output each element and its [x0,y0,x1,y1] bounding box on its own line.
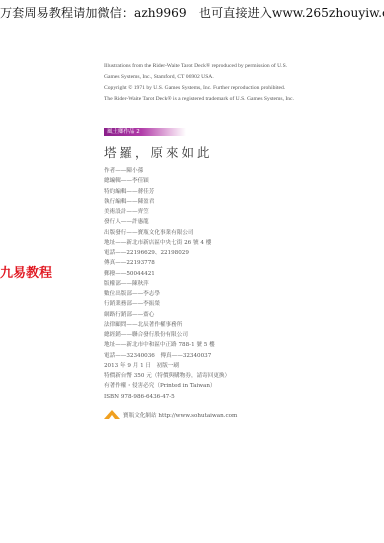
website-link[interactable]: 寶瓶文化網站 http://www.sohutaiwan.com [123,411,237,419]
series-label: 風土鄉作品 2 [107,128,140,136]
info-line: 特約編輯——蔣佳芳 [104,187,344,197]
info-line: 特價新台幣 350 元（特價與購物券，請寄回更換） [104,371,344,381]
publisher-logo-icon [104,410,120,419]
info-line: ISBN 978-986-6436-47-5 [104,392,344,402]
info-line: 傳真——22193778 [104,258,344,268]
info-line: 版權部——陳秋萍 [104,279,344,289]
info-line: 執行編輯——陳盈君 [104,197,344,207]
info-line: 網路行銷部——齋心 [104,310,344,320]
info-line: 數位出版部——李志學 [104,289,344,299]
info-line: 2013 年 9 月 1 日 初版一刷 [104,361,344,371]
series-banner: 風土鄉作品 2 [104,128,186,136]
info-line: 有著作權・侵害必究（Printed in Taiwan） [104,381,344,391]
info-line: 總編輯——李佳穎 [104,176,344,186]
info-line: 電話——22196629、22198029 [104,248,344,258]
credit-line: Illustrations from the Rider-Waite Tarot… [104,61,344,72]
credit-line: Copyright © 1971 by U.S. Games Systems, … [104,83,344,94]
illustration-credits: Illustrations from the Rider-Waite Tarot… [104,61,344,105]
publication-info: 作者——陳小孫 總編輯——李佳穎 特約編輯——蔣佳芳 執行編輯——陳盈君 美術設… [104,166,344,402]
watermark-side-label: 九易教程 [0,262,52,281]
info-line: 電話——32340036 傳真——32340037 [104,351,344,361]
watermark-banner: 万套周易教程请加微信：azh9969 也可直接进入www.265zhouyiw.… [0,4,384,21]
credit-line: Games Systems, Inc., Stamford, CT 06902 … [104,72,344,83]
info-line: 發行人——許惠龍 [104,217,344,227]
info-line: 總經銷——聯合發行股份有限公司 [104,330,344,340]
book-title: 塔羅，原來如此 [104,143,213,161]
info-line: 郵撥——50044421 [104,269,344,279]
info-line: 美術設計——齊笠 [104,207,344,217]
info-line: 出版發行——寶瓶文化事業有限公司 [104,228,344,238]
credit-line: The Rider-Waite Tarot Deck® is a registe… [104,94,344,105]
info-line: 法律顧問——北辰著作權事務所 [104,320,344,330]
website-row: 寶瓶文化網站 http://www.sohutaiwan.com [104,410,237,419]
info-line: 地址——新北市中和區中正路 788-1 號 5 樓 [104,340,344,350]
info-line: 地址——新北市新店區中央七街 26 號 4 樓 [104,238,344,248]
info-line: 行銷業務部——李振榮 [104,299,344,309]
info-line: 作者——陳小孫 [104,166,344,176]
